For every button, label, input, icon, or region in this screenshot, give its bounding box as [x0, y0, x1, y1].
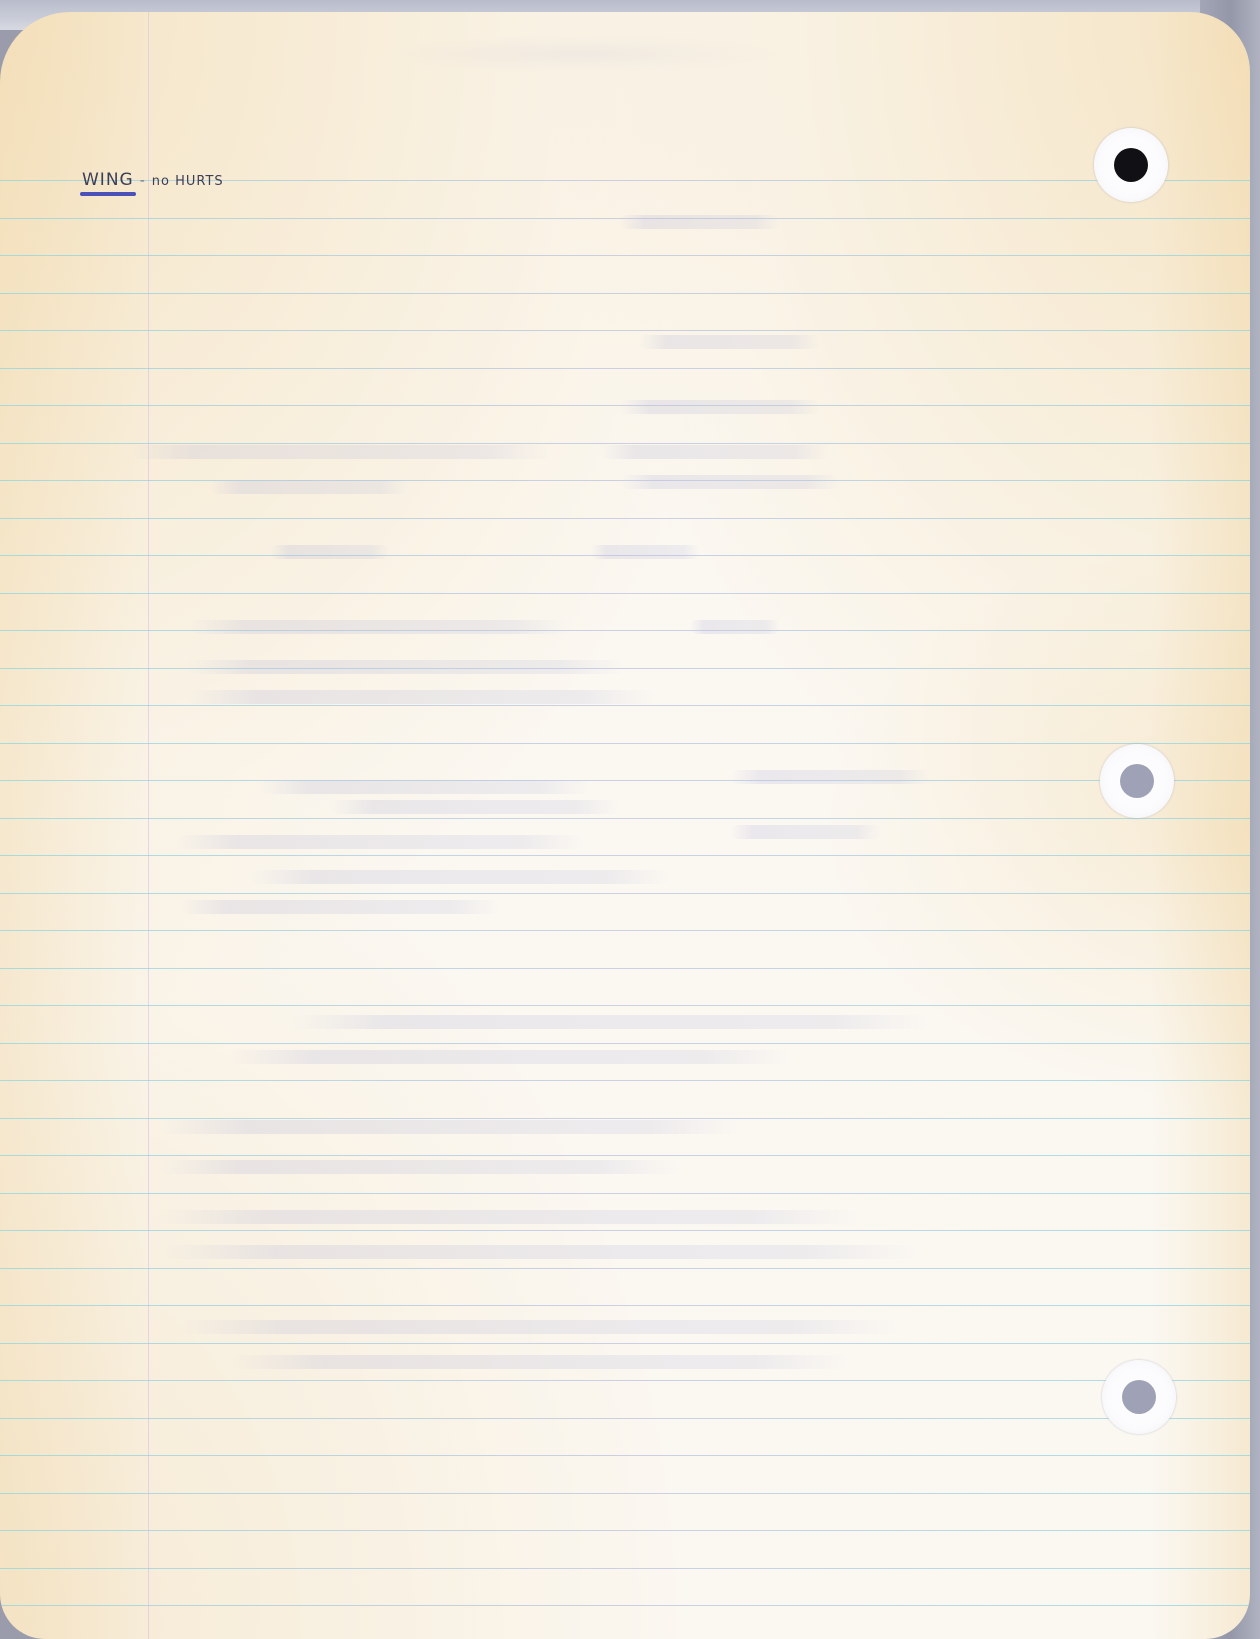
- punch-hole: [1120, 764, 1154, 798]
- faded-pencil-line: [730, 825, 880, 839]
- faded-pencil-line: [260, 780, 590, 794]
- ruled-line: [0, 1530, 1250, 1531]
- faded-pencil-line: [230, 1355, 850, 1369]
- ruled-line: [0, 968, 1250, 969]
- note-separator: -: [140, 173, 146, 189]
- ruled-line: [0, 1380, 1250, 1381]
- faded-pencil-line: [160, 1245, 920, 1259]
- ruled-line: [0, 855, 1250, 856]
- faded-pencil-line: [620, 215, 780, 229]
- faded-pencil-line: [270, 545, 390, 559]
- faded-pencil-line: [620, 475, 840, 489]
- faded-pencil-line: [180, 900, 500, 914]
- ruled-line: [0, 780, 1250, 781]
- faded-pencil-line: [160, 1160, 680, 1174]
- faded-pencil-line: [730, 770, 930, 784]
- faded-pencil-line: [620, 400, 820, 414]
- ruled-line: [0, 1043, 1250, 1044]
- ruled-line: [0, 255, 1250, 256]
- faded-pencil-line: [210, 480, 410, 494]
- ruled-line: [0, 1193, 1250, 1194]
- note-title: WING: [82, 170, 134, 190]
- hole-punch-reinforcement: [1094, 128, 1168, 202]
- faded-pencil-line: [600, 445, 830, 459]
- notebook-page: WING - no HURTS: [0, 12, 1250, 1639]
- faded-pencil-line: [590, 545, 700, 559]
- note-text: no HURTS: [152, 174, 224, 189]
- faded-pencil-line: [160, 1210, 860, 1224]
- ruled-line: [0, 593, 1250, 594]
- ruled-line: [0, 368, 1250, 369]
- ruled-line: [0, 1568, 1250, 1569]
- ruled-line: [0, 293, 1250, 294]
- hole-punch-reinforcement: [1100, 744, 1174, 818]
- faded-pencil-line: [160, 1120, 740, 1134]
- faded-pencil-line: [185, 690, 655, 704]
- ruled-line: [0, 1343, 1250, 1344]
- faded-pencil-line: [130, 445, 550, 459]
- ruled-line: [0, 630, 1250, 631]
- ruled-line: [0, 1493, 1250, 1494]
- faded-pencil-line: [290, 1015, 930, 1029]
- faded-header-text: [380, 34, 780, 74]
- faded-pencil-line: [330, 800, 620, 814]
- faded-pencil-line: [185, 660, 625, 674]
- handwritten-note: WING - no HURTS: [82, 170, 224, 190]
- faded-pencil-line: [180, 1320, 900, 1334]
- ruled-line: [0, 1418, 1250, 1419]
- margin-line: [148, 12, 149, 1639]
- faded-pencil-line: [230, 1050, 790, 1064]
- ruled-line: [0, 1268, 1250, 1269]
- ruled-line: [0, 1605, 1250, 1606]
- ruled-line: [0, 1305, 1250, 1306]
- ruled-line: [0, 1155, 1250, 1156]
- ruled-line: [0, 330, 1250, 331]
- punch-hole: [1122, 1380, 1156, 1414]
- ruled-line: [0, 1118, 1250, 1119]
- faded-pencil-line: [640, 335, 820, 349]
- ruled-line: [0, 705, 1250, 706]
- faded-pencil-line: [690, 620, 780, 634]
- faded-pencil-line: [175, 835, 585, 849]
- hole-punch-reinforcement: [1102, 1360, 1176, 1434]
- ruled-line: [0, 1005, 1250, 1006]
- faded-pencil-line: [250, 870, 670, 884]
- ruled-line: [0, 743, 1250, 744]
- ruled-line: [0, 1230, 1250, 1231]
- ruled-line: [0, 1080, 1250, 1081]
- faded-pencil-line: [190, 620, 570, 634]
- ruled-line: [0, 1455, 1250, 1456]
- punch-hole: [1114, 148, 1148, 182]
- ruled-line: [0, 443, 1250, 444]
- ruled-line: [0, 818, 1250, 819]
- ruled-line: [0, 930, 1250, 931]
- ruled-line: [0, 893, 1250, 894]
- ruled-line: [0, 518, 1250, 519]
